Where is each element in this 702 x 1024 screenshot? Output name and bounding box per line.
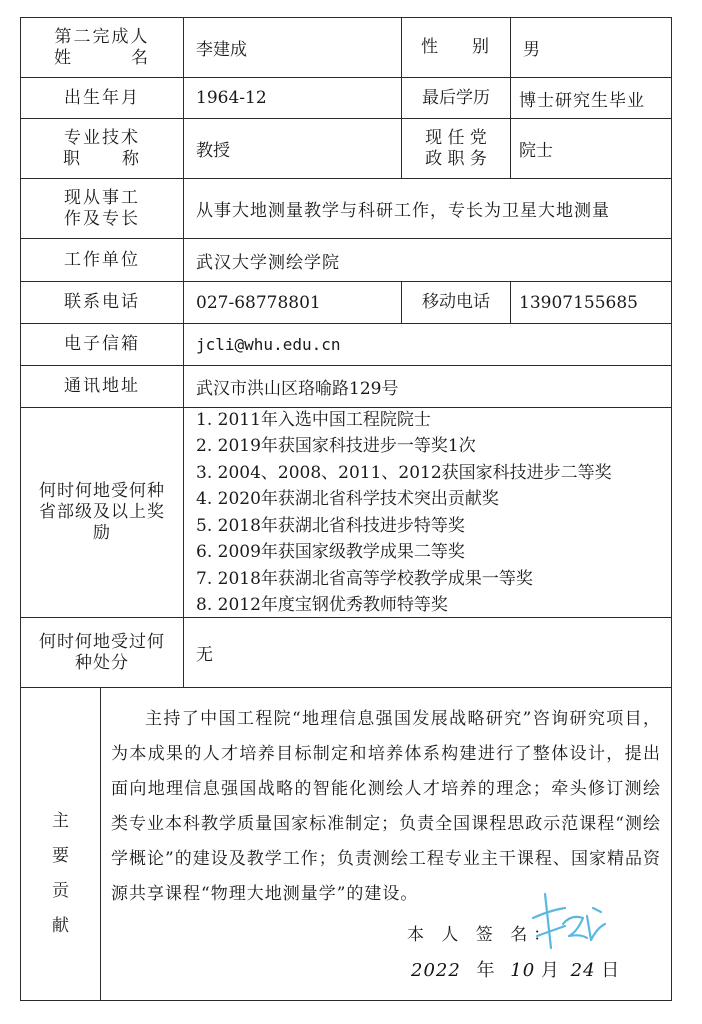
label-title-cell: 专业技术 职称 [21,119,184,178]
label-party-post-line1: 现 任 党 [425,128,487,149]
row-address: 通讯地址 武汉市洪山区珞喻路129号 [21,366,671,408]
row-unit: 工作单位 武汉大学测绘学院 [21,239,671,282]
label-awards-line1: 何时何地受何种 [39,481,165,502]
row-work: 现从事工 作及专长 从事大地测量教学与科研工作，专长为卫星大地测量 [21,179,671,239]
label-gender-char-2: 别 [472,37,491,58]
label-contribution-char: 要 [52,839,69,874]
label-email: 电子信箱 [21,324,184,365]
date-month-unit: 月 [541,960,559,981]
title-text: 教授 [196,136,230,161]
label-phone-text: 联系电话 [64,292,140,313]
email-text: jcli@whu.edu.cn [196,335,341,354]
awards-list: 1. 2011年入选中国工程院院士 2. 2019年获国家科技进步一等奖1次 3… [184,407,612,619]
birth-text: 1964-12 [196,88,267,108]
label-name-char-1: 姓 [54,48,73,69]
award-item: 4. 2020年获湖北省科学技术突出贡献奖 [196,486,612,513]
value-gender: 男 [511,18,671,77]
label-birth-text: 出生年月 [64,88,140,109]
label-contribution-char: 献 [52,909,69,944]
label-punishment-line2: 种处分 [39,653,165,674]
name-text: 李建成 [196,35,247,60]
label-name-cell: 第二完成人 姓名 [21,18,184,77]
label-unit: 工作单位 [21,239,184,281]
row-title: 专业技术 职称 教授 现 任 党 政 职 务 院士 [21,119,671,179]
work-text: 从事大地测量教学与科研工作，专长为卫星大地测量 [196,196,610,221]
label-address-text: 通讯地址 [64,376,140,397]
label-phone: 联系电话 [21,282,184,323]
label-mobile: 移动电话 [402,282,511,323]
value-title: 教授 [184,119,402,178]
label-gender-cell: 性别 [402,18,511,77]
label-education: 最后学历 [402,78,511,118]
mobile-text: 13907155685 [519,293,638,313]
value-phone: 027-68778801 [184,282,402,323]
label-unit-text: 工作单位 [64,250,140,271]
value-address: 武汉市洪山区珞喻路129号 [184,366,671,407]
date-year-unit: 年 [477,960,495,981]
label-gender-char-1: 性 [421,37,440,58]
label-name-char-2: 名 [131,48,150,69]
party-post-text: 院士 [519,136,553,161]
award-item: 1. 2011年入选中国工程院院士 [196,407,612,434]
label-work-cell: 现从事工 作及专长 [21,179,184,238]
date-day: 24 [571,960,596,981]
label-title-char-2: 称 [122,149,141,170]
unit-text: 武汉大学测绘学院 [196,248,340,273]
label-awards-line2: 省部级及以上奖 [39,502,165,523]
award-item: 7. 2018年获湖北省高等学校教学成果一等奖 [196,566,612,593]
label-birth: 出生年月 [21,78,184,118]
row-email: 电子信箱 jcli@whu.edu.cn [21,324,671,366]
row-contribution: 主 要 贡 献 主持了中国工程院“地理信息强国发展战略研究”咨询研究项目，为本成… [21,688,671,1000]
label-contribution: 主 要 贡 献 [21,688,101,1000]
value-party-post: 院士 [511,119,671,178]
row-punishment: 何时何地受过何 种处分 无 [21,618,671,688]
date-month: 10 [510,960,535,981]
row-awards: 何时何地受何种 省部级及以上奖 励 1. 2011年入选中国工程院院士 2. 2… [21,408,671,618]
punishment-text: 无 [196,640,213,665]
label-email-text: 电子信箱 [64,334,140,355]
label-work-line1: 现从事工 [64,188,140,209]
address-text: 武汉市洪山区珞喻路129号 [196,374,398,399]
date-year: 2022 [411,960,461,981]
contribution-body: 主持了中国工程院“地理信息强国发展战略研究”咨询研究项目，为本成果的人才培养目标… [101,688,671,1000]
row-name: 第二完成人 姓名 李建成 性别 男 [21,18,671,78]
label-punishment-line1: 何时何地受过何 [39,632,165,653]
label-title-char-1: 职 [63,149,82,170]
value-work: 从事大地测量教学与科研工作，专长为卫星大地测量 [184,179,671,238]
label-address: 通讯地址 [21,366,184,407]
label-contribution-char: 贡 [52,874,69,909]
award-item: 2. 2019年获国家科技进步一等奖1次 [196,433,612,460]
value-mobile: 13907155685 [511,282,671,323]
value-birth: 1964-12 [184,78,402,118]
label-awards-cell: 何时何地受何种 省部级及以上奖 励 [21,408,184,617]
phone-text: 027-68778801 [196,293,321,313]
value-email: jcli@whu.edu.cn [184,324,671,365]
row-birth: 出生年月 1964-12 最后学历 博士研究生毕业 [21,78,671,119]
value-awards: 1. 2011年入选中国工程院院士 2. 2019年获国家科技进步一等奖1次 3… [184,408,671,617]
value-unit: 武汉大学测绘学院 [184,239,671,281]
date-day-unit: 日 [601,960,619,981]
label-mobile-text: 移动电话 [422,292,490,313]
award-item: 3. 2004、2008、2011、2012获国家科技进步二等奖 [196,460,612,487]
value-punishment: 无 [184,618,671,687]
label-work-line2: 作及专长 [64,209,140,230]
gender-text: 男 [523,35,540,60]
label-party-post-cell: 现 任 党 政 职 务 [402,119,511,178]
label-name-line1: 第二完成人 [54,27,150,48]
handwritten-signature [531,888,611,958]
award-item: 6. 2009年获国家级教学成果二等奖 [196,539,612,566]
award-item: 8. 2012年度宝钢优秀教师特等奖 [196,592,612,619]
row-phone: 联系电话 027-68778801 移动电话 13907155685 [21,282,671,324]
label-education-text: 最后学历 [422,88,490,109]
label-punishment-cell: 何时何地受过何 种处分 [21,618,184,687]
signature-date: 2022 年 10 月 24 日 [411,956,619,982]
award-nomination-form: 第二完成人 姓名 李建成 性别 男 出生年月 1964-12 最后学历 博士研究… [20,17,672,1001]
label-contribution-char: 主 [52,804,69,839]
label-party-post-line2: 政 职 务 [425,149,487,170]
value-name: 李建成 [184,18,402,77]
label-awards-line3: 励 [39,523,165,544]
award-item: 5. 2018年获湖北省科技进步特等奖 [196,513,612,540]
contribution-text: 主持了中国工程院“地理信息强国发展战略研究”咨询研究项目，为本成果的人才培养目标… [111,702,661,912]
label-title-line1: 专业技术 [63,128,141,149]
value-education: 博士研究生毕业 [511,78,671,118]
education-text: 博士研究生毕业 [519,86,645,111]
